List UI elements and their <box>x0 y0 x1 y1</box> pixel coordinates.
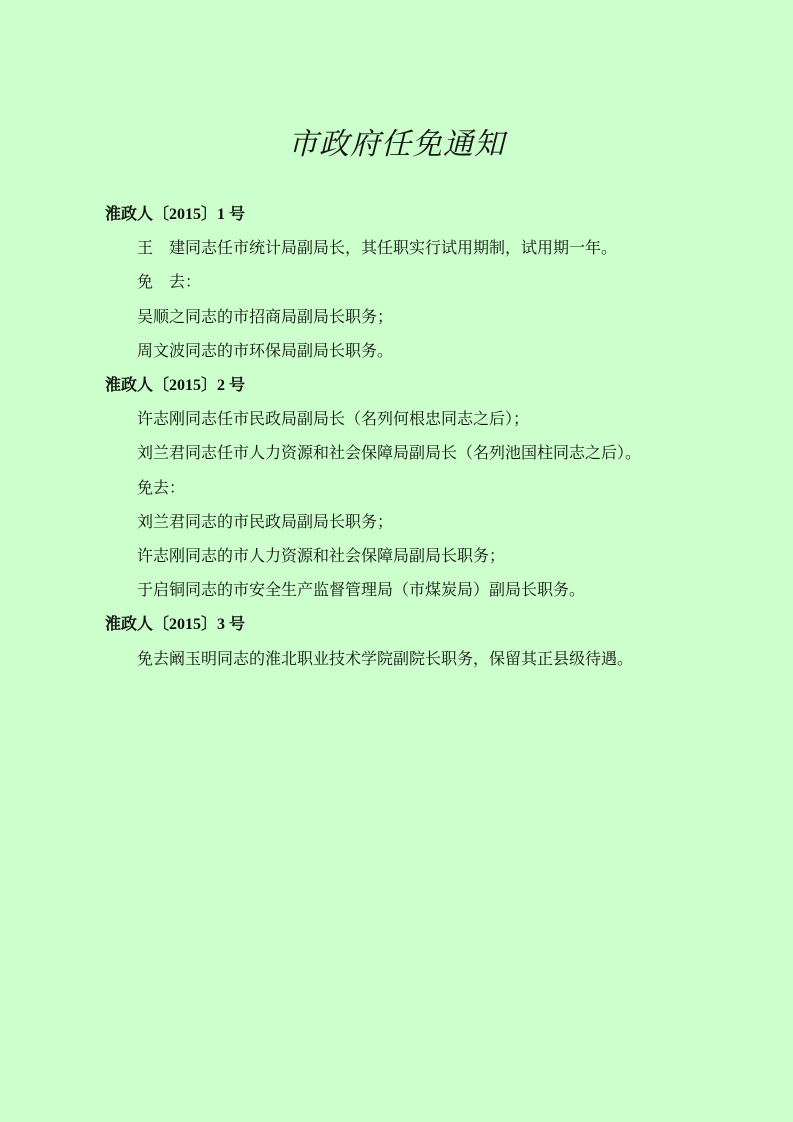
doc-number: 淮政人〔2015〕2 号 <box>105 369 713 403</box>
doc-number: 淮政人〔2015〕1 号 <box>105 198 713 232</box>
paragraph: 吴顺之同志的市招商局副局长职务； <box>105 301 713 335</box>
document-body: 淮政人〔2015〕1 号 王 建同志任市统计局副局长，其任职实行试用期制，试用期… <box>105 198 713 677</box>
paragraph: 许志刚同志任市民政局副局长（名列何根忠同志之后）； <box>105 403 713 437</box>
doc-number: 淮政人〔2015〕3 号 <box>105 608 713 642</box>
section-2: 淮政人〔2015〕2 号 许志刚同志任市民政局副局长（名列何根忠同志之后）； 刘… <box>105 369 713 608</box>
document-title: 市政府任免通知 <box>0 126 793 164</box>
paragraph: 刘兰君同志任市人力资源和社会保障局副局长（名列池国柱同志之后）。 <box>105 437 713 471</box>
paragraph: 免去阚玉明同志的淮北职业技术学院副院长职务，保留其正县级待遇。 <box>105 643 713 677</box>
paragraph: 免 去： <box>105 266 713 300</box>
paragraph: 周文波同志的市环保局副局长职务。 <box>105 335 713 369</box>
paragraph: 王 建同志任市统计局副局长，其任职实行试用期制，试用期一年。 <box>105 232 713 266</box>
paragraph: 于启铜同志的市安全生产监督管理局（市煤炭局）副局长职务。 <box>105 574 713 608</box>
section-1: 淮政人〔2015〕1 号 王 建同志任市统计局副局长，其任职实行试用期制，试用期… <box>105 198 713 369</box>
paragraph: 许志刚同志的市人力资源和社会保障局副局长职务； <box>105 540 713 574</box>
notice-page: 市政府任免通知 淮政人〔2015〕1 号 王 建同志任市统计局副局长，其任职实行… <box>0 0 793 1122</box>
section-3: 淮政人〔2015〕3 号 免去阚玉明同志的淮北职业技术学院副院长职务，保留其正县… <box>105 608 713 676</box>
paragraph: 刘兰君同志的市民政局副局长职务； <box>105 506 713 540</box>
paragraph: 免去： <box>105 472 713 506</box>
